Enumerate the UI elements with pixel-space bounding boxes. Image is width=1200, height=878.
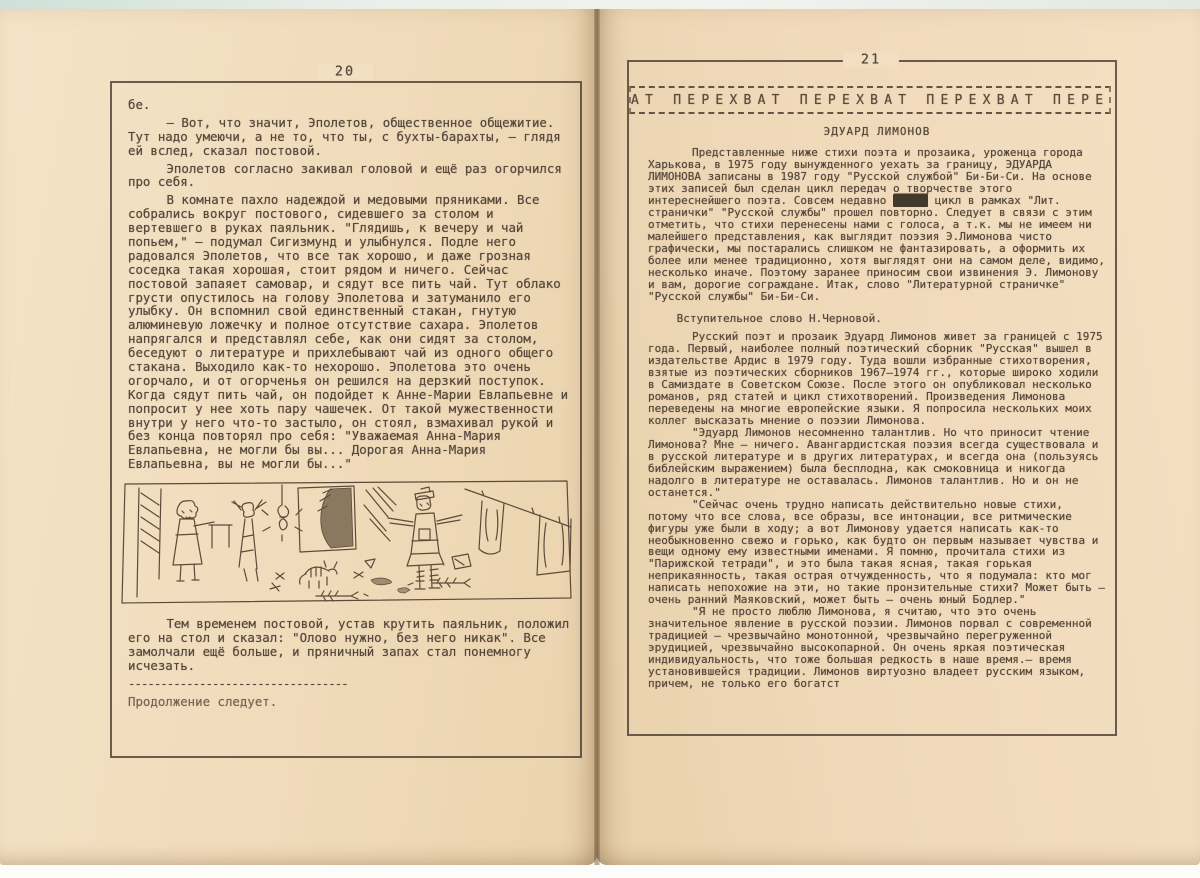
commentary-paragraph: "Я не просто люблю Лимонова, я считаю, ч…: [648, 606, 1106, 690]
intro-text-after: цикл в рамках "Лит. странички" "Русской …: [648, 194, 1105, 303]
intro-paragraph: Представленные ниже стихи поэта и прозаи…: [648, 147, 1106, 303]
commentary-paragraph: Русский поэт и прозаик Эдуард Лимонов жи…: [648, 331, 1106, 427]
paragraph: Тем временем постовой, устав крутить пая…: [128, 617, 574, 673]
scanned-booklet-spread: 20 бе. – Вот, что значит, Эполетов, обще…: [0, 0, 1200, 878]
perekhvat-banner: АТ ПЕРЕХВАТ ПЕРЕХВАТ ПЕРЕХВАТ ПЕРЕХВА: [629, 86, 1111, 114]
commentary-paragraph: "Сейчас очень трудно написать действител…: [648, 499, 1106, 607]
paragraph: бе.: [128, 98, 574, 112]
article-text: ЭДУАРД ЛИМОНОВ Представленные ниже стихи…: [648, 126, 1106, 690]
story-illustration: [116, 477, 578, 611]
continuation-separator: ----------------------------------: [128, 677, 574, 691]
article-title: ЭДУАРД ЛИМОНОВ: [648, 126, 1106, 138]
commentary-paragraph: "Эдуард Лимонов несомненно талантлив. Но…: [648, 427, 1106, 499]
page-number-left: 20: [317, 64, 373, 80]
paragraph: – Вот, что значит, Эполетов, общественно…: [128, 116, 574, 158]
section-heading: Вступительное слово Н.Черновой.: [648, 313, 1106, 325]
story-text: бе. – Вот, что значит, Эполетов, обществ…: [128, 98, 574, 713]
page-number-right: 21: [843, 52, 899, 68]
paragraph: В комнате пахло надеждой и медовыми прян…: [128, 193, 574, 471]
booklet-spine: [594, 9, 600, 865]
continuation-note: Продолжение следует.: [128, 695, 574, 709]
paragraph: Эполетов согласно закивал головой и ещё …: [128, 162, 574, 190]
scanner-edge: [0, 0, 1200, 9]
